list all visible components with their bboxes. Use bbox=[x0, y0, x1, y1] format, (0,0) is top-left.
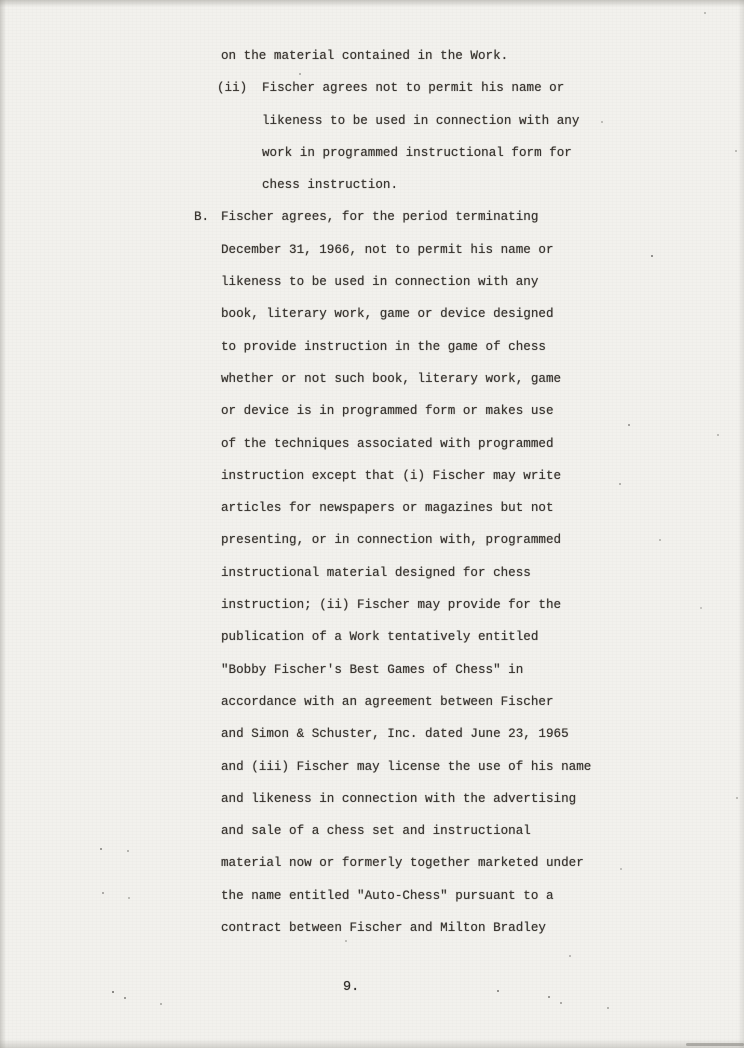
document-line: of the techniques associated with progra… bbox=[0, 428, 744, 460]
line-text: on the material contained in the Work. bbox=[221, 40, 508, 72]
document-line: instructional material designed for ches… bbox=[0, 557, 744, 589]
document-line: contract between Fischer and Milton Brad… bbox=[0, 912, 744, 944]
document-line: publication of a Work tentatively entitl… bbox=[0, 621, 744, 653]
document-line: instruction except that (i) Fischer may … bbox=[0, 460, 744, 492]
line-text: and (iii) Fischer may license the use of… bbox=[221, 751, 591, 783]
clause-marker: B. bbox=[194, 201, 209, 233]
line-text: likeness to be used in connection with a… bbox=[262, 105, 579, 137]
line-text: and likeness in connection with the adve… bbox=[221, 783, 576, 815]
line-text: "Bobby Fischer's Best Games of Chess" in bbox=[221, 654, 523, 686]
document-line: articles for newspapers or magazines but… bbox=[0, 492, 744, 524]
document-line: likeness to be used in connection with a… bbox=[0, 266, 744, 298]
document-line: to provide instruction in the game of ch… bbox=[0, 331, 744, 363]
document-line: (ii)Fischer agrees not to permit his nam… bbox=[0, 72, 744, 104]
line-text: instructional material designed for ches… bbox=[221, 557, 531, 589]
page-number: 9. bbox=[343, 980, 359, 995]
line-text: whether or not such book, literary work,… bbox=[221, 363, 561, 395]
line-text: and sale of a chess set and instructiona… bbox=[221, 815, 531, 847]
scan-edge-top bbox=[0, 0, 744, 7]
line-text: and Simon & Schuster, Inc. dated June 23… bbox=[221, 718, 569, 750]
scan-edge-right bbox=[738, 0, 744, 1048]
document-line: instruction; (ii) Fischer may provide fo… bbox=[0, 589, 744, 621]
line-text: Fischer agrees, for the period terminati… bbox=[221, 201, 538, 233]
document-line: likeness to be used in connection with a… bbox=[0, 105, 744, 137]
document-line: "Bobby Fischer's Best Games of Chess" in bbox=[0, 654, 744, 686]
line-text: likeness to be used in connection with a… bbox=[221, 266, 538, 298]
line-text: December 31, 1966, not to permit his nam… bbox=[221, 234, 554, 266]
scan-edge-corner bbox=[686, 1043, 744, 1046]
line-text: instruction; (ii) Fischer may provide fo… bbox=[221, 589, 561, 621]
document-line: on the material contained in the Work. bbox=[0, 40, 744, 72]
line-text: or device is in programmed form or makes… bbox=[221, 395, 554, 427]
clause-marker: (ii) bbox=[217, 72, 247, 104]
document-line: and likeness in connection with the adve… bbox=[0, 783, 744, 815]
line-text: contract between Fischer and Milton Brad… bbox=[221, 912, 546, 944]
line-text: to provide instruction in the game of ch… bbox=[221, 331, 546, 363]
line-text: Fischer agrees not to permit his name or bbox=[262, 72, 564, 104]
document-line: and (iii) Fischer may license the use of… bbox=[0, 751, 744, 783]
document-body: on the material contained in the Work.(i… bbox=[0, 40, 744, 944]
document-line: presenting, or in connection with, progr… bbox=[0, 524, 744, 556]
line-text: articles for newspapers or magazines but… bbox=[221, 492, 554, 524]
document-line: book, literary work, game or device desi… bbox=[0, 298, 744, 330]
line-text: work in programmed instructional form fo… bbox=[262, 137, 572, 169]
document-line: chess instruction. bbox=[0, 169, 744, 201]
line-text: publication of a Work tentatively entitl… bbox=[221, 621, 538, 653]
document-line: material now or formerly together market… bbox=[0, 847, 744, 879]
document-line: and Simon & Schuster, Inc. dated June 23… bbox=[0, 718, 744, 750]
line-text: material now or formerly together market… bbox=[221, 847, 584, 879]
document-line: accordance with an agreement between Fis… bbox=[0, 686, 744, 718]
scanned-page: on the material contained in the Work.(i… bbox=[0, 0, 744, 1048]
scan-edge-left bbox=[0, 0, 6, 1048]
document-line: work in programmed instructional form fo… bbox=[0, 137, 744, 169]
document-line: whether or not such book, literary work,… bbox=[0, 363, 744, 395]
document-line: and sale of a chess set and instructiona… bbox=[0, 815, 744, 847]
line-text: presenting, or in connection with, progr… bbox=[221, 524, 561, 556]
line-text: of the techniques associated with progra… bbox=[221, 428, 554, 460]
line-text: book, literary work, game or device desi… bbox=[221, 298, 554, 330]
document-line: the name entitled "Auto-Chess" pursuant … bbox=[0, 880, 744, 912]
line-text: accordance with an agreement between Fis… bbox=[221, 686, 554, 718]
line-text: the name entitled "Auto-Chess" pursuant … bbox=[221, 880, 554, 912]
line-text: chess instruction. bbox=[262, 169, 398, 201]
document-line: December 31, 1966, not to permit his nam… bbox=[0, 234, 744, 266]
document-line: or device is in programmed form or makes… bbox=[0, 395, 744, 427]
line-text: instruction except that (i) Fischer may … bbox=[221, 460, 561, 492]
scan-edge-bottom bbox=[0, 1039, 744, 1048]
document-line: B.Fischer agrees, for the period termina… bbox=[0, 201, 744, 233]
